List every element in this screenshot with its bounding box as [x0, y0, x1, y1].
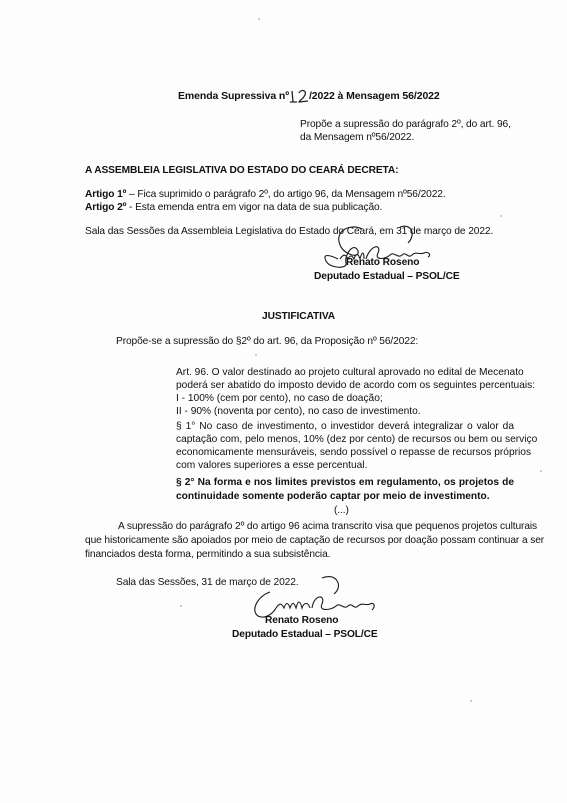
quoted-ellipsis: (...) [334, 504, 349, 517]
article-2: Artigo 2º - Esta emenda entra em vigor n… [85, 201, 382, 214]
article-2-label: Artigo 2º [85, 202, 126, 213]
quoted-line: com valores superiores a esse percentual… [176, 459, 514, 472]
title-suffix: /2022 à Mensagem 56/2022 [309, 90, 440, 102]
handwritten-number-icon [289, 88, 311, 104]
document-page: Emenda Supressiva nº/2022 à Mensagem 56/… [0, 0, 567, 803]
scan-speck [255, 354, 257, 356]
decree-heading: A ASSEMBLEIA LEGISLATIVA DO ESTADO DO CE… [85, 164, 398, 177]
justification-paragraph-line-1: A supressão do parágrafo 2º do artigo 96… [118, 520, 537, 533]
quoted-line-bold: § 2° Na forma e nos limites previstos em… [176, 476, 514, 489]
quoted-line: Art. 96. O valor destinado ao projeto cu… [176, 366, 514, 379]
quoted-line: § 1° No caso de investimento, o investid… [176, 420, 514, 433]
quoted-line: I - 100% (cem por cento), no caso de doa… [176, 392, 514, 405]
signatory-2-role: Deputado Estadual – PSOL/CE [232, 628, 378, 641]
article-1-label: Artigo 1º [85, 189, 126, 200]
justification-paragraph-line-3: financiados desta forma, permitindo a su… [85, 548, 330, 561]
signatory-1-role: Deputado Estadual – PSOL/CE [314, 270, 460, 283]
article-2-text: - Esta emenda entra em vigor na data de … [126, 202, 382, 213]
signatory-1-name: Renato Roseno [346, 256, 419, 269]
quoted-line-bold: continuidade somente poderão captar por … [176, 490, 514, 503]
justification-paragraph-line-2: que historicamente são apoiados por meio… [85, 534, 544, 547]
scan-speck [500, 215, 502, 217]
scan-speck [470, 700, 472, 702]
scan-speck [180, 605, 182, 607]
ementa-line-1: Propõe a supressão do parágrafo 2º, do a… [300, 118, 500, 131]
title-prefix: Emenda Supressiva nº [178, 90, 289, 102]
quoted-line: poderá ser abatido do imposto devido de … [176, 379, 514, 392]
quoted-line: captação com, pelo menos, 10% (dez por c… [176, 433, 514, 446]
article-1: Artigo 1º – Fica suprimido o parágrafo 2… [85, 188, 446, 201]
quoted-line: II - 90% (noventa por cento), no caso de… [176, 405, 514, 418]
signatory-2-name: Renato Roseno [265, 614, 338, 627]
quoted-line: economicamente mensuráveis, sendo possív… [176, 446, 514, 459]
justification-intro: Propõe-se a supressão do §2º do art. 96,… [116, 335, 418, 348]
amendment-title: Emenda Supressiva nº/2022 à Mensagem 56/… [178, 90, 440, 103]
scan-speck [258, 18, 260, 20]
justification-heading: JUSTIFICATIVA [262, 310, 335, 323]
article-1-text: – Fica suprimido o parágrafo 2º, do arti… [126, 189, 445, 200]
ementa-line-2: da Mensagem nº56/2022. [300, 131, 500, 144]
scan-speck [540, 470, 542, 472]
